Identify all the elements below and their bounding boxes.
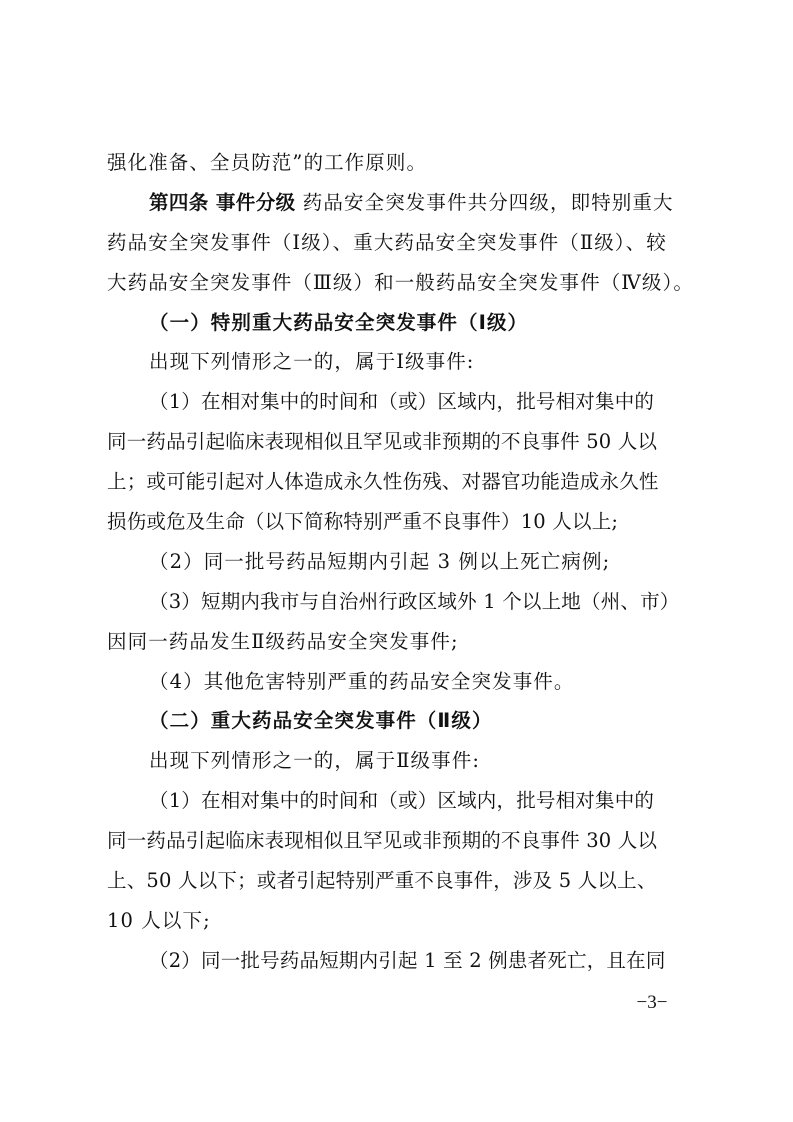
article-title: 第四条 事件分级 [149, 191, 296, 214]
body-line-8: 同一药品引起临床表现相似且罕见或非预期的不良事件 50 人以 [107, 422, 693, 462]
body-line-19: 上、50 人以下；或者引起特别严重不良事件，涉及 5 人以上、 [107, 861, 693, 901]
body-line-16: 出现下列情形之一的，属于Ⅱ级事件: [107, 741, 693, 781]
body-line-14: （4）其他危害特别严重的药品安全突发事件。 [107, 662, 693, 702]
body-line-17: （1）在相对集中的时间和（或）区域内，批号相对集中的 [107, 781, 693, 821]
body-line-1: 强化准备、全员防范”的工作原则。 [107, 143, 693, 183]
body-line-21: （2）同一批号药品短期内引起 1 至 2 例患者死亡，且在同 [107, 941, 693, 981]
section-heading-1: （一）特别重大药品安全突发事件（Ⅰ级） [107, 303, 693, 343]
body-line-12: （3）短期内我市与自治州行政区域外 1 个以上地（州、市） [107, 582, 693, 622]
body-line-3: 药品安全突发事件（Ⅰ级）、重大药品安全突发事件（Ⅱ级）、较 [107, 223, 693, 263]
body-line-9: 上；或可能引起对人体造成永久性伤残、对器官功能造成永久性 [107, 462, 693, 502]
body-line-20: 10 人以下; [107, 901, 693, 941]
body-line-6: 出现下列情形之一的，属于Ⅰ级事件: [107, 342, 693, 382]
body-line-10: 损伤或危及生命（以下简称特别严重不良事件）10 人以上; [107, 502, 693, 542]
body-line-7: （1）在相对集中的时间和（或）区域内，批号相对集中的 [107, 382, 693, 422]
page-number: −3− [620, 990, 684, 1016]
body-line-18: 同一药品引起临床表现相似且罕见或非预期的不良事件 30 人以 [107, 821, 693, 861]
body-line-11: （2）同一批号药品短期内引起 3 例以上死亡病例; [107, 542, 693, 582]
section-heading-2: （二）重大药品安全突发事件（Ⅱ级） [107, 701, 693, 741]
body-line-4: 大药品安全突发事件（Ⅲ级）和一般药品安全突发事件（Ⅳ级）。 [107, 263, 693, 303]
document-page: 强化准备、全员防范”的工作原则。 第四条 事件分级 药品安全突发事件共分四级，即… [107, 143, 693, 981]
body-line-13: 因同一药品发生Ⅱ级药品安全突发事件; [107, 622, 693, 662]
article-4-line: 第四条 事件分级 药品安全突发事件共分四级，即特别重大 [107, 183, 693, 223]
article-text: 药品安全突发事件共分四级，即特别重大 [296, 191, 674, 214]
